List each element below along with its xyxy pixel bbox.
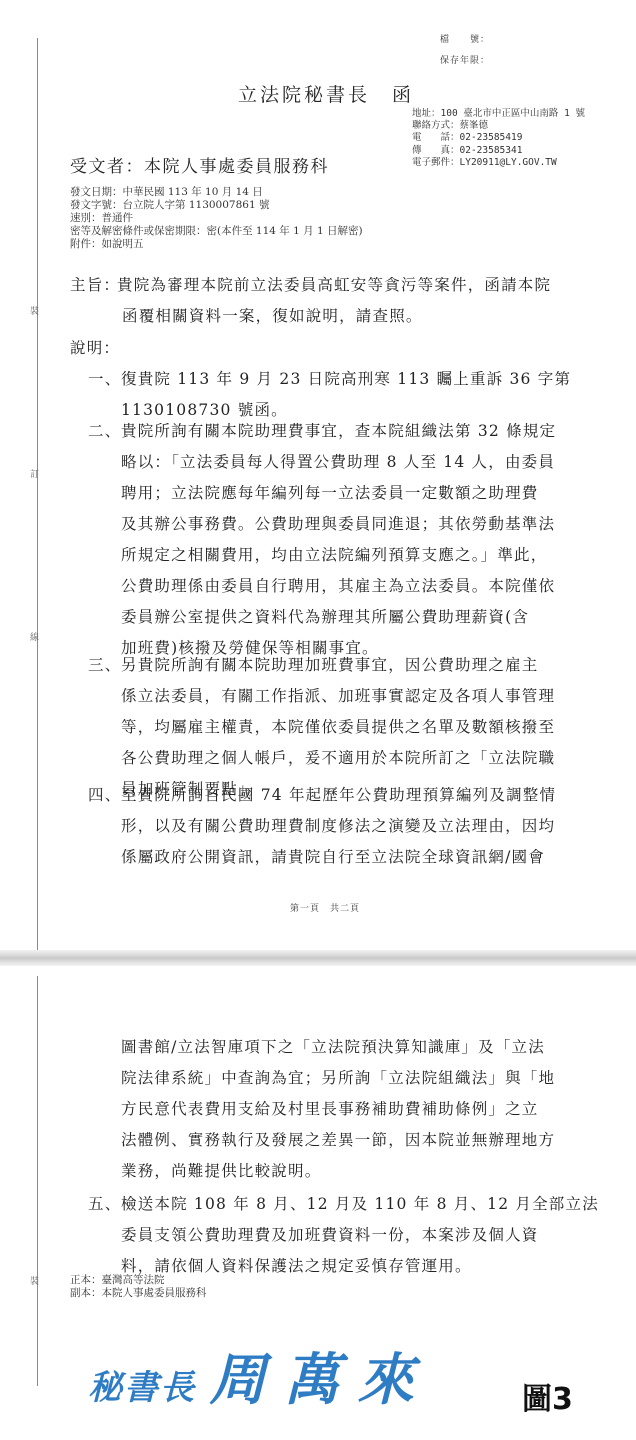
original-recipient: 正本：臺灣高等法院 [70, 1274, 207, 1287]
document-number: 發文字號：台立院人字第 1130007861 號 [70, 199, 363, 212]
phone: 電 話：02-23585419 [412, 132, 585, 144]
email: 電子郵件：LY20911@LY.GOV.TW [412, 157, 585, 169]
explanation-label: 說明： [70, 333, 120, 364]
item-4-text: 至貴院所詢自民國 74 年起歷年公費助理預算編列及調整情 形，以及有關公費助理費… [121, 780, 556, 873]
delivery-speed: 速別：普通件 [70, 212, 363, 225]
margin-mark-ding: 訂 [30, 467, 39, 480]
item-2-number: 二、 [88, 416, 121, 447]
margin-mark-xian: 線 [30, 630, 39, 643]
document-meta: 發文日期：中華民國 113 年 10 月 14 日 發文字號：台立院人字第 11… [70, 186, 363, 251]
item-3-number: 三、 [88, 650, 121, 681]
item-5-text: 檢送本院 108 年 8 月、12 月及 110 年 8 月、12 月全部立法 … [121, 1189, 599, 1282]
copy-recipient: 副本：本院人事處委員服務科 [70, 1287, 207, 1300]
issue-date: 發文日期：中華民國 113 年 10 月 14 日 [70, 186, 363, 199]
retention-period-label: 保存年限： [440, 53, 490, 66]
attachment: 附件：如說明五 [70, 238, 363, 251]
distribution-list: 正本：臺灣高等法院 副本：本院人事處委員服務科 [70, 1274, 207, 1300]
recipient: 受文者：本院人事處委員服務科 [70, 152, 329, 177]
file-number-label: 檔 號： [440, 32, 490, 45]
item-2-text: 貴院所詢有關本院助理費事宜，查本院組織法第 32 條規定 略以：「立法委員每人得… [121, 416, 556, 664]
item-5-number: 五、 [88, 1189, 121, 1220]
binding-margin-line [37, 38, 38, 950]
item-1-number: 一、 [88, 364, 121, 395]
margin-mark-zhuang: 裝 [30, 304, 39, 317]
item-4-continued-text: 圖書館/立法智庫項下之「立法院預決算知識庫」及「立法 院法律系統」中查詢為宜；另… [121, 1032, 555, 1187]
page-separator [0, 950, 636, 966]
subject-label: 主旨： [70, 270, 120, 301]
signature-title: 秘書長 [88, 1368, 196, 1408]
document-page-1: 裝 訂 線 檔 號： 保存年限： 立法院秘書長 函 地址：100 臺北市中正區中… [0, 0, 636, 950]
subject-text: 貴院為審理本院前立法委員高虹安等貪污等案件，函請本院 函覆相關資料一案，復如說明… [117, 270, 551, 332]
document-page-2: 裝 圖書館/立法智庫項下之「立法院預決算知識庫」及「立法 院法律系統」中查詢為宜… [0, 966, 636, 1440]
document-title: 立法院秘書長 函 [238, 80, 414, 107]
margin-mark-zhuang: 裝 [30, 1274, 39, 1287]
signature-stamp: 秘書長 周萬來 [88, 1336, 432, 1416]
fax: 傳 真：02-23585341 [412, 145, 585, 157]
secrecy-level: 密等及解密條件或保密期限：密(本件至 114 年 1 月 1 日解密) [70, 225, 363, 238]
address: 地址：100 臺北市中正區中山南路 1 號 [412, 108, 585, 120]
page-number: 第一頁 共二頁 [290, 901, 360, 914]
contact-block: 地址：100 臺北市中正區中山南路 1 號 聯絡方式：蔡峯德 電 話：02-23… [412, 108, 585, 169]
contact-person: 聯絡方式：蔡峯德 [412, 120, 585, 132]
binding-margin-line [37, 976, 38, 1386]
item-4-number: 四、 [88, 780, 121, 811]
signature-name: 周萬來 [210, 1347, 432, 1413]
figure-label: 圖3 [522, 1374, 573, 1418]
